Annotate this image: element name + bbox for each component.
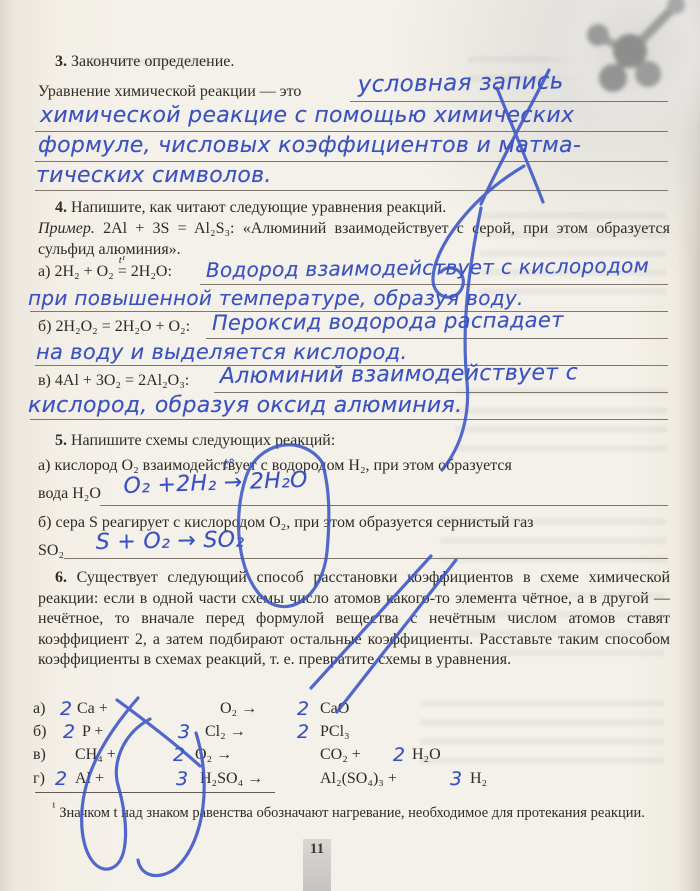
task3-prompt: Уравнение химической реакции — это bbox=[38, 82, 301, 103]
task4-answer-b1: Пероксид водорода распадает bbox=[212, 308, 564, 335]
page-number: 11 bbox=[310, 841, 324, 857]
task3-answer-line1: условная запись bbox=[358, 68, 564, 98]
task6-eq-v: в) CH₄ + 2 O₂ → CO₂ + 2 H₂O bbox=[33, 746, 673, 768]
task5-title: 5. Напишите схемы следующих реакций: bbox=[55, 431, 335, 452]
coefficient: 2 bbox=[173, 744, 185, 766]
task4-answer-a2: при повышенной температуре, образуя воду… bbox=[28, 286, 524, 310]
task3-answer-line3: формуле, числовых коэффициентов и матма- bbox=[38, 133, 581, 158]
coefficient: 3 bbox=[178, 721, 190, 743]
t-mark: t° bbox=[223, 457, 236, 472]
answer-rule bbox=[64, 558, 668, 559]
task6-eq-g: г) 2 Al + 3 H₂SO₄ → Al₂(SO₄)₃ + 3 H₂ bbox=[33, 770, 673, 792]
coefficient: 3 bbox=[176, 768, 188, 790]
bleedthrough-smudge bbox=[455, 388, 667, 464]
coefficient: 2 bbox=[60, 698, 72, 720]
task6-paragraph: 6. Существует следующий способ расстанов… bbox=[38, 568, 670, 671]
answer-rule bbox=[100, 505, 668, 506]
task5-answer-b: S + O₂ → SO₂ bbox=[96, 527, 245, 555]
coefficient: 2 bbox=[63, 721, 75, 743]
example-label: Пример. bbox=[38, 220, 95, 237]
t-mark: t¹ bbox=[119, 250, 125, 271]
task6-eq-a: а) 2 Ca + O₂ → 2 CaO bbox=[33, 700, 673, 722]
task4-item-b: б) 2H₂O₂ = 2H₂O + O₂: bbox=[38, 317, 190, 338]
coefficient: 3 bbox=[450, 768, 462, 790]
answer-rule bbox=[30, 419, 668, 420]
footnote-marker: ¹ bbox=[52, 800, 56, 814]
task5-item-a-text2: вода H₂O bbox=[38, 484, 101, 505]
task4-answer-v2: кислород, образуя оксид алюминия. bbox=[28, 393, 462, 418]
task4-answer-v1: Алюминий взаимодействует с bbox=[220, 360, 578, 389]
answer-rule bbox=[35, 190, 668, 191]
coefficient: 2 bbox=[393, 744, 405, 766]
task6-eq-b: б) 2 P + 3 Cl₂ → 2 PCl₃ bbox=[33, 723, 673, 745]
workbook-page: 3. Закончите определение. Уравнение хими… bbox=[0, 0, 700, 891]
task4-item-a: а) 2H₂ + O₂ t¹= 2H₂O: bbox=[38, 262, 172, 283]
task3-title: 3. Закончите определение. bbox=[55, 52, 234, 73]
task6-number: 6. bbox=[55, 569, 67, 586]
task3-number: 3. bbox=[55, 53, 67, 70]
answer-rule bbox=[206, 338, 668, 339]
answer-rule bbox=[350, 101, 668, 102]
task3-answer-line4: тических символов. bbox=[36, 163, 272, 188]
footnote-divider bbox=[35, 792, 275, 793]
answer-rule bbox=[35, 131, 668, 132]
coefficient: 2 bbox=[297, 698, 309, 720]
arrow-with-t: t°→ bbox=[223, 470, 243, 496]
task5-item-b-text2: SO₂ bbox=[38, 541, 64, 562]
task5-answer-a: O₂ +2H₂ t°→ 2H₂O bbox=[123, 468, 308, 499]
answer-rule bbox=[35, 161, 668, 162]
task5-number: 5. bbox=[55, 432, 67, 449]
coefficient: 2 bbox=[297, 721, 309, 743]
page-number-tab: 11 bbox=[303, 839, 331, 891]
task4-answer-b2: на воду и выделяется кислород. bbox=[36, 340, 407, 364]
task3-answer-line2: химической реакцие с помощью химических bbox=[40, 103, 574, 128]
task4-number: 4. bbox=[55, 199, 67, 216]
task4-item-v: в) 4Al + 3O₂ = 2Al₂O₃: bbox=[38, 371, 189, 392]
coefficient: 2 bbox=[55, 768, 67, 790]
footnote: ¹ Значком t над знаком равенства обознач… bbox=[30, 799, 670, 822]
task4-answer-a1: Водород взаимодействует с кислородом bbox=[206, 253, 649, 282]
task4-title: 4. Напишите, как читают следующие уравне… bbox=[55, 198, 446, 219]
equals-with-t: t¹= bbox=[118, 262, 127, 283]
answer-rule bbox=[200, 284, 668, 285]
